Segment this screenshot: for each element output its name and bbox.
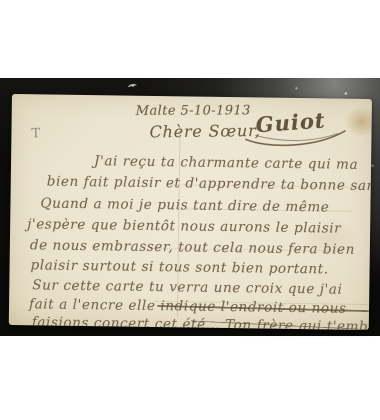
pencil-mark-t: T bbox=[31, 126, 40, 141]
handwritten-line: j'espère que bientôt nous aurons le plai… bbox=[27, 216, 341, 237]
date-line: Malte 5-10-1913 bbox=[136, 102, 251, 119]
handwritten-line: Quand a moi je puis tant dire de même bbox=[40, 195, 329, 216]
scanned-postcard-page: T Malte 5-10-1913 Chère Sœur, Guiot J'ai… bbox=[0, 0, 380, 420]
handwritten-line: de nous embrasser, tout cela nous fera b… bbox=[30, 237, 355, 259]
signature-flourish bbox=[241, 123, 351, 151]
handwritten-line: J'ai reçu ta charmante carte qui ma bbox=[94, 153, 358, 174]
handwritten-line: plaisir surtout si tous sont bien portan… bbox=[30, 257, 328, 278]
photo-of-postcard: T Malte 5-10-1913 Chère Sœur, Guiot J'ai… bbox=[0, 78, 380, 336]
handwritten-line: bien fait plaisir et d'apprendre ta bonn… bbox=[47, 173, 372, 195]
postcard: T Malte 5-10-1913 Chère Sœur, Guiot J'ai… bbox=[9, 94, 372, 330]
handwritten-line: Sur cette carte tu verra une croix que j… bbox=[32, 277, 342, 298]
